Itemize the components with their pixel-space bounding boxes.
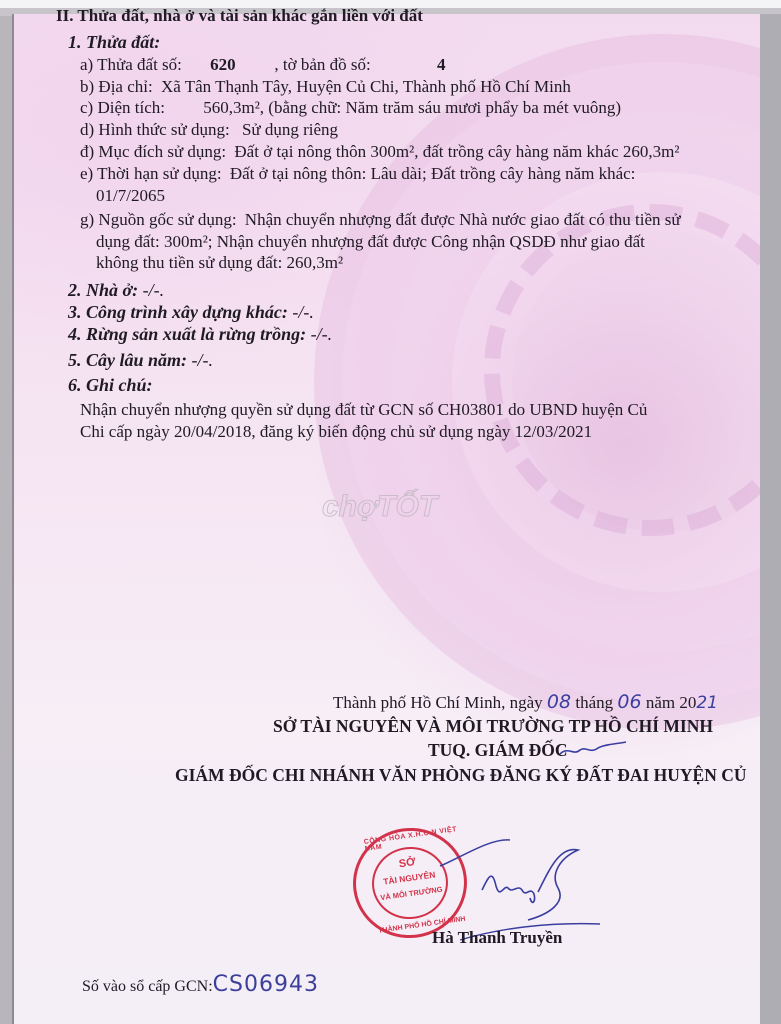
- origin-value-3: không thu tiền sử dụng đất: 260,3m²: [96, 253, 343, 273]
- registry-row: Số vào sổ cấp GCN:CS06943: [82, 975, 319, 997]
- branch-title: GIÁM ĐỐC CHI NHÁNH VĂN PHÒNG ĐĂNG KÝ ĐẤT…: [175, 765, 747, 785]
- purpose-value: Đất ở tại nông thôn 300m², đất trồng cây…: [234, 142, 679, 161]
- usage-form-label: d) Hình thức sử dụng:: [80, 120, 230, 139]
- registry-number: CS06943: [213, 972, 319, 997]
- item-value: -/-.: [311, 324, 333, 344]
- item-label: 2. Nhà ở:: [68, 280, 138, 300]
- parcel-row: a) Thửa đất số: 620 , tờ bản đồ số: 4: [80, 55, 446, 75]
- purpose-label: đ) Mục đích sử dụng:: [80, 142, 226, 161]
- proxy-title: TUQ. GIÁM ĐỐC: [428, 740, 568, 760]
- item-label: 4. Rừng sản xuất là rừng trồng:: [68, 324, 306, 344]
- origin-row: g) Nguồn gốc sử dụng: Nhận chuyển nhượng…: [80, 210, 681, 230]
- term-label: e) Thời hạn sử dụng:: [80, 164, 222, 183]
- notes-heading: 6. Ghi chú:: [68, 375, 153, 395]
- origin-value-2: dụng đất: 300m²; Nhận chuyển nhượng đất …: [96, 232, 645, 252]
- chotot-watermark: chợTỐT: [322, 490, 437, 524]
- date-year-suffix: 21: [696, 693, 718, 713]
- date-month: 06: [617, 691, 641, 713]
- map-label: , tờ bản đồ số:: [274, 55, 370, 74]
- area-label: c) Diện tích:: [80, 98, 165, 117]
- area-row: c) Diện tích: 560,3m², (bằng chữ: Năm tr…: [80, 98, 621, 118]
- item-value: -/-.: [143, 280, 165, 300]
- usage-form-row: d) Hình thức sử dụng: Sử dụng riêng: [80, 120, 338, 140]
- year-label: năm 20: [646, 693, 697, 712]
- item-label: 5. Cây lâu năm:: [68, 350, 187, 370]
- signer-name: Hà Thanh Truyền: [432, 928, 562, 948]
- department-title: SỞ TÀI NGUYÊN VÀ MÔI TRƯỜNG TP HỒ CHÍ MI…: [273, 716, 713, 736]
- land-heading: 1. Thửa đất:: [68, 32, 160, 52]
- perennial-tree-item: 5. Cây lâu năm: -/-.: [68, 350, 213, 370]
- date-day: 08: [547, 691, 571, 713]
- map-number: 4: [437, 55, 446, 75]
- term-value-2: 01/7/2065: [96, 186, 165, 206]
- other-construction-item: 3. Công trình xây dựng khác: -/-.: [68, 302, 314, 322]
- address-row: b) Địa chỉ: Xã Tân Thạnh Tây, Huyện Củ C…: [80, 77, 571, 97]
- address-label: b) Địa chỉ:: [80, 77, 153, 96]
- item-value: -/-.: [192, 350, 214, 370]
- section-title: II. Thửa đất, nhà ở và tài sản khác gắn …: [56, 6, 423, 26]
- forest-item: 4. Rừng sản xuất là rừng trồng: -/-.: [68, 324, 332, 344]
- right-edge: [758, 14, 781, 1024]
- origin-label: g) Nguồn gốc sử dụng:: [80, 210, 237, 229]
- item-value: -/-.: [292, 302, 314, 322]
- place-date: Thành phố Hồ Chí Minh, ngày 08 tháng 06 …: [333, 692, 718, 713]
- place-date-prefix: Thành phố Hồ Chí Minh, ngày: [333, 693, 543, 712]
- parcel-label: a) Thửa đất số:: [80, 55, 182, 74]
- origin-value-1: Nhận chuyển nhượng đất được Nhà nước gia…: [245, 210, 681, 229]
- month-label: tháng: [575, 693, 613, 712]
- registry-label: Số vào sổ cấp GCN:: [82, 978, 213, 995]
- area-value: 560,3m², (bằng chữ: Năm trăm sáu mươi ph…: [203, 98, 621, 117]
- notes-line-1: Nhận chuyển nhượng quyền sử dụng đất từ …: [80, 400, 647, 420]
- term-value-1: Đất ở tại nông thôn: Lâu dài; Đất trồng …: [230, 164, 636, 183]
- initial-scribble: [558, 738, 628, 760]
- parcel-number: 620: [210, 55, 270, 75]
- term-row: e) Thời hạn sử dụng: Đất ở tại nông thôn…: [80, 164, 635, 184]
- house-item: 2. Nhà ở: -/-.: [68, 280, 164, 300]
- usage-form-value: Sử dụng riêng: [242, 120, 338, 139]
- item-label: 3. Công trình xây dựng khác:: [68, 302, 288, 322]
- notes-line-2: Chi cấp ngày 20/04/2018, đăng ký biến độ…: [80, 422, 592, 442]
- address-value: Xã Tân Thạnh Tây, Huyện Củ Chi, Thành ph…: [161, 77, 571, 96]
- purpose-row: đ) Mục đích sử dụng: Đất ở tại nông thôn…: [80, 142, 679, 162]
